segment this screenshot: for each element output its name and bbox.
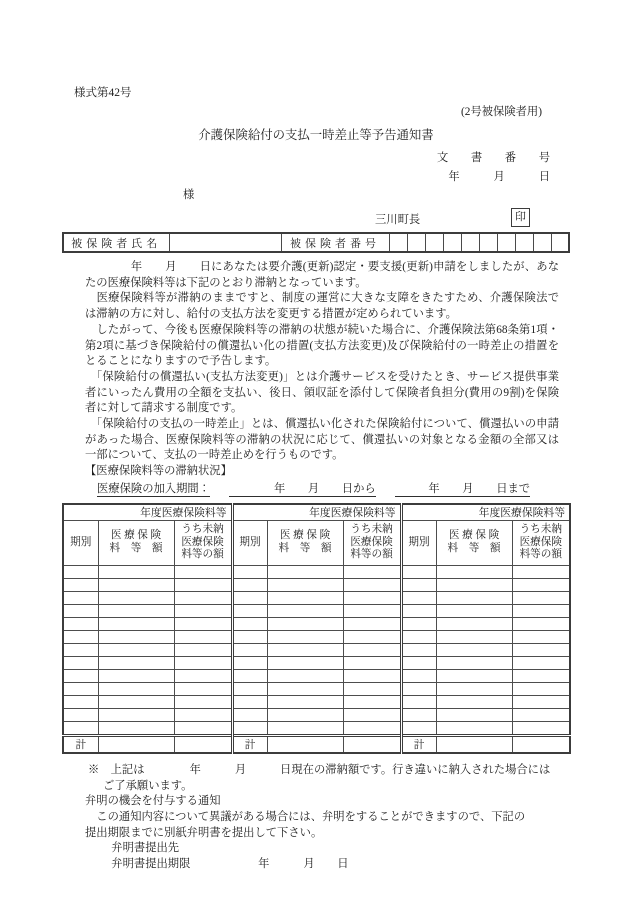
arrears-empty-row [63,604,570,617]
arrears-cell [343,578,401,591]
insured-row: 被保険者氏名 被保険者番号 [63,233,569,252]
arrears-cell [63,695,98,708]
arrears-cell [343,708,401,721]
col-unpaid-header: うち未納 医療保険 料等の額 [343,520,401,565]
arrears-cell [436,591,512,604]
arrears-empty-row [63,578,570,591]
arrears-cell [174,604,232,617]
arrears-cell [512,630,570,643]
arrears-cell [98,604,174,617]
total-amount-cell [267,735,343,753]
arrears-cell [401,682,436,695]
arrears-cell [267,643,343,656]
enrollment-label: 医療保険の加入期間： [97,483,210,497]
group-header: 年度医療保険料等 [63,504,232,521]
arrears-cell [401,565,436,578]
arrears-cell [174,682,232,695]
seal-box: 印 [511,208,530,227]
arrears-cell [267,565,343,578]
arrears-empty-row [63,643,570,656]
issue-date-line: 年 月 日 [62,168,550,184]
arrears-cell [436,695,512,708]
arrears-cell [267,604,343,617]
arrears-cell [98,656,174,669]
arrears-empty-row [63,721,570,735]
insured-info-table: 被保険者氏名 被保険者番号 [62,232,570,253]
arrears-cell [98,708,174,721]
arrears-cell [174,721,232,735]
insured-name-value [169,233,281,252]
arrears-empty-row [63,565,570,578]
arrears-cell [174,643,232,656]
arrears-cell [63,591,98,604]
arrears-cell [267,695,343,708]
col-period-header: 期別 [232,520,267,565]
paragraph: 医療保険料等が滞納のままですと、制度の運営に大きな支障をきたすため、介護保険法で… [85,291,559,322]
arrears-cell [63,630,98,643]
document-page: 様式第42号 (2号被保険者用) 介護保険給付の支払一時差止等予告通知書 文 書… [0,0,630,915]
total-label: 計 [401,735,436,753]
arrears-cell [401,656,436,669]
arrears-cell [232,630,267,643]
arrears-cell [436,708,512,721]
vindication-line: この通知内容について異議がある場合には、弁明をすることができますので、下記の [85,810,570,826]
document-number-label: 文 書 番 号 [62,149,550,165]
arrears-cell [232,643,267,656]
col-period-header: 期別 [63,520,98,565]
total-amount-cell [436,735,512,753]
arrears-cell [232,721,267,735]
insured-number-cell [407,233,425,252]
arrears-cell [512,721,570,735]
arrears-cell [267,617,343,630]
col-period-header: 期別 [401,520,436,565]
arrears-cell [401,695,436,708]
issuer-name: 三川町長 [375,211,420,227]
insured-number-cell [443,233,461,252]
total-label: 計 [63,735,98,753]
arrears-empty-row [63,591,570,604]
arrears-cell [401,721,436,735]
arrears-cell [174,708,232,721]
arrears-table: 年度医療保険料等 年度医療保険料等 年度医療保険料等 期別 医 療 保 険 料 … [62,503,571,754]
insured-number-cell [515,233,533,252]
arrears-cell [174,565,232,578]
arrears-cell [512,617,570,630]
arrears-cell [436,617,512,630]
insured-number-cell [497,233,515,252]
body-paragraphs: 年 月 日にあなたは要介護(更新)認定・要支援(更新)申請をしましたが、あなたの… [85,260,559,464]
col-amount-header: 医 療 保 険 料 等 額 [267,520,343,565]
arrears-cell [343,604,401,617]
paragraph: 「保険給付の償還払い(支払方法変更)」とは介護サービスを受けたとき、サービス提供… [85,370,559,417]
arrears-cell [63,669,98,682]
arrears-cell [174,591,232,604]
arrears-cell [436,578,512,591]
enrollment-period-line: 医療保険の加入期間： 年 月 日から 年 月 日まで [97,482,570,497]
arrears-cell [174,656,232,669]
insured-number-cell [479,233,497,252]
arrears-cell [98,695,174,708]
arrears-cell [98,643,174,656]
arrears-cell [343,682,401,695]
arrears-cell [63,617,98,630]
arrears-cell [512,708,570,721]
col-amount-header: 医 療 保 険 料 等 額 [436,520,512,565]
arrears-cell [512,695,570,708]
arrears-cell [436,643,512,656]
arrears-cell [98,617,174,630]
arrears-cell [436,604,512,617]
arrears-cell [98,578,174,591]
arrears-cell [512,604,570,617]
arrears-cell [174,617,232,630]
arrears-cell [98,682,174,695]
total-unpaid-cell [174,735,232,753]
arrears-empty-row [63,630,570,643]
col-unpaid-header: うち未納 医療保険 料等の額 [174,520,232,565]
arrears-cell [512,656,570,669]
arrears-cell [98,591,174,604]
arrears-cell [232,708,267,721]
arrears-cell [512,565,570,578]
insured-number-cell [533,233,551,252]
arrears-cell [98,669,174,682]
arrears-cell [63,721,98,735]
note-line: ご了承願います。 [88,779,570,795]
submit-to-label: 弁明書提出先 [85,841,570,857]
arrears-cell [232,591,267,604]
vindication-heading: 弁明の機会を付与する通知 [85,794,570,810]
arrears-cell [232,695,267,708]
insured-number-cell [389,233,407,252]
insured-name-label: 被保険者氏名 [63,233,169,252]
arrears-cell [267,708,343,721]
insured-number-cell [425,233,443,252]
arrears-cell [98,721,174,735]
arrears-cell [267,656,343,669]
arrears-cell [63,604,98,617]
issuer-line: 三川町長 印 [62,208,570,229]
arrears-cell [98,630,174,643]
arrears-cell [63,565,98,578]
total-unpaid-cell [512,735,570,753]
arrears-empty-row [63,695,570,708]
arrears-empty-row [63,669,570,682]
col-amount-header: 医 療 保 険 料 等 額 [98,520,174,565]
arrears-cell [63,656,98,669]
col-unpaid-header: うち未納 医療保険 料等の額 [512,520,570,565]
arrears-cell [343,669,401,682]
arrears-cell [98,565,174,578]
insured-number-cell [461,233,479,252]
paragraph: したがって、今後も医療保険料等の滞納の状態が続いた場合に、介護保険法第68条第1… [85,323,559,370]
arrears-cell [512,578,570,591]
arrears-cell [267,591,343,604]
arrears-cell [232,617,267,630]
group-header: 年度医療保険料等 [232,504,401,521]
arrears-cell [512,591,570,604]
arrears-cell [512,643,570,656]
audience-note: (2号被保険者用) [62,103,542,119]
arrears-cell [343,591,401,604]
arrears-cell [436,630,512,643]
arrears-cell [436,656,512,669]
arrears-cell [63,643,98,656]
arrears-cell [267,630,343,643]
paragraph: 「保険給付の支払の一時差止」とは、償還払い化された保険給付について、償還払いの申… [85,417,559,464]
vindication-section: 弁明の機会を付与する通知 この通知内容について異議がある場合には、弁明をすること… [85,794,570,873]
arrears-cell [174,695,232,708]
group-header-row: 年度医療保険料等 年度医療保険料等 年度医療保険料等 [63,504,570,521]
arrears-cell [343,643,401,656]
arrears-cell [63,682,98,695]
document-content: 様式第42号 (2号被保険者用) 介護保険給付の支払一時差止等予告通知書 文 書… [62,0,570,873]
arrears-cell [401,578,436,591]
arrears-cell [512,682,570,695]
note-line: ※ 上記は 年 月 日現在の滞納額です。行き違いに納入された場合には [88,763,570,779]
arrears-cell [232,578,267,591]
total-unpaid-cell [343,735,401,753]
arrears-cell [512,669,570,682]
enrollment-to: 年 月 日まで [395,483,531,497]
document-title: 介護保険給付の支払一時差止等予告通知書 [62,125,570,143]
arrears-status-heading: 【医療保険料等の滞納状況】 [85,464,570,480]
arrears-cell [343,630,401,643]
arrears-cell [436,721,512,735]
footer-note: ※ 上記は 年 月 日現在の滞納額です。行き違いに納入された場合には ご了承願い… [88,763,570,794]
enrollment-from: 年 月 日から [229,483,376,497]
total-amount-cell [98,735,174,753]
arrears-empty-row [63,708,570,721]
arrears-cell [401,617,436,630]
arrears-cell [174,578,232,591]
arrears-empty-row [63,682,570,695]
form-number: 様式第42号 [74,84,570,100]
arrears-cell [63,578,98,591]
vindication-line: 提出期限までに別紙弁明書を提出して下さい。 [85,826,570,842]
arrears-empty-row [63,656,570,669]
arrears-cell [436,669,512,682]
insured-number-cell [551,233,569,252]
deadline-line: 弁明書提出期限 年 月 日 [85,857,570,873]
column-header-row: 期別 医 療 保 険 料 等 額 うち未納 医療保険 料等の額 期別 医 療 保… [63,520,570,565]
arrears-cell [232,682,267,695]
arrears-cell [174,669,232,682]
arrears-cell [267,669,343,682]
arrears-cell [343,656,401,669]
paragraph: 年 月 日にあなたは要介護(更新)認定・要支援(更新)申請をしましたが、あなたの… [85,260,559,291]
addressee-suffix: 様 [183,186,570,202]
group-header: 年度医療保険料等 [401,504,570,521]
arrears-cell [232,565,267,578]
total-row: 計 計 計 [63,735,570,753]
arrears-cell [436,682,512,695]
arrears-cell [343,721,401,735]
arrears-cell [267,578,343,591]
arrears-cell [63,708,98,721]
arrears-cell [343,565,401,578]
arrears-empty-row [63,617,570,630]
arrears-cell [343,695,401,708]
arrears-cell [401,604,436,617]
arrears-cell [401,708,436,721]
arrears-cell [401,630,436,643]
arrears-cell [267,682,343,695]
arrears-cell [232,656,267,669]
insured-number-label: 被保険者番号 [281,233,389,252]
arrears-cell [174,630,232,643]
total-label: 計 [232,735,267,753]
arrears-cell [401,669,436,682]
arrears-cell [267,721,343,735]
arrears-cell [232,669,267,682]
arrears-cell [401,591,436,604]
arrears-cell [401,643,436,656]
arrears-cell [232,604,267,617]
arrears-cell [343,617,401,630]
arrears-cell [436,565,512,578]
